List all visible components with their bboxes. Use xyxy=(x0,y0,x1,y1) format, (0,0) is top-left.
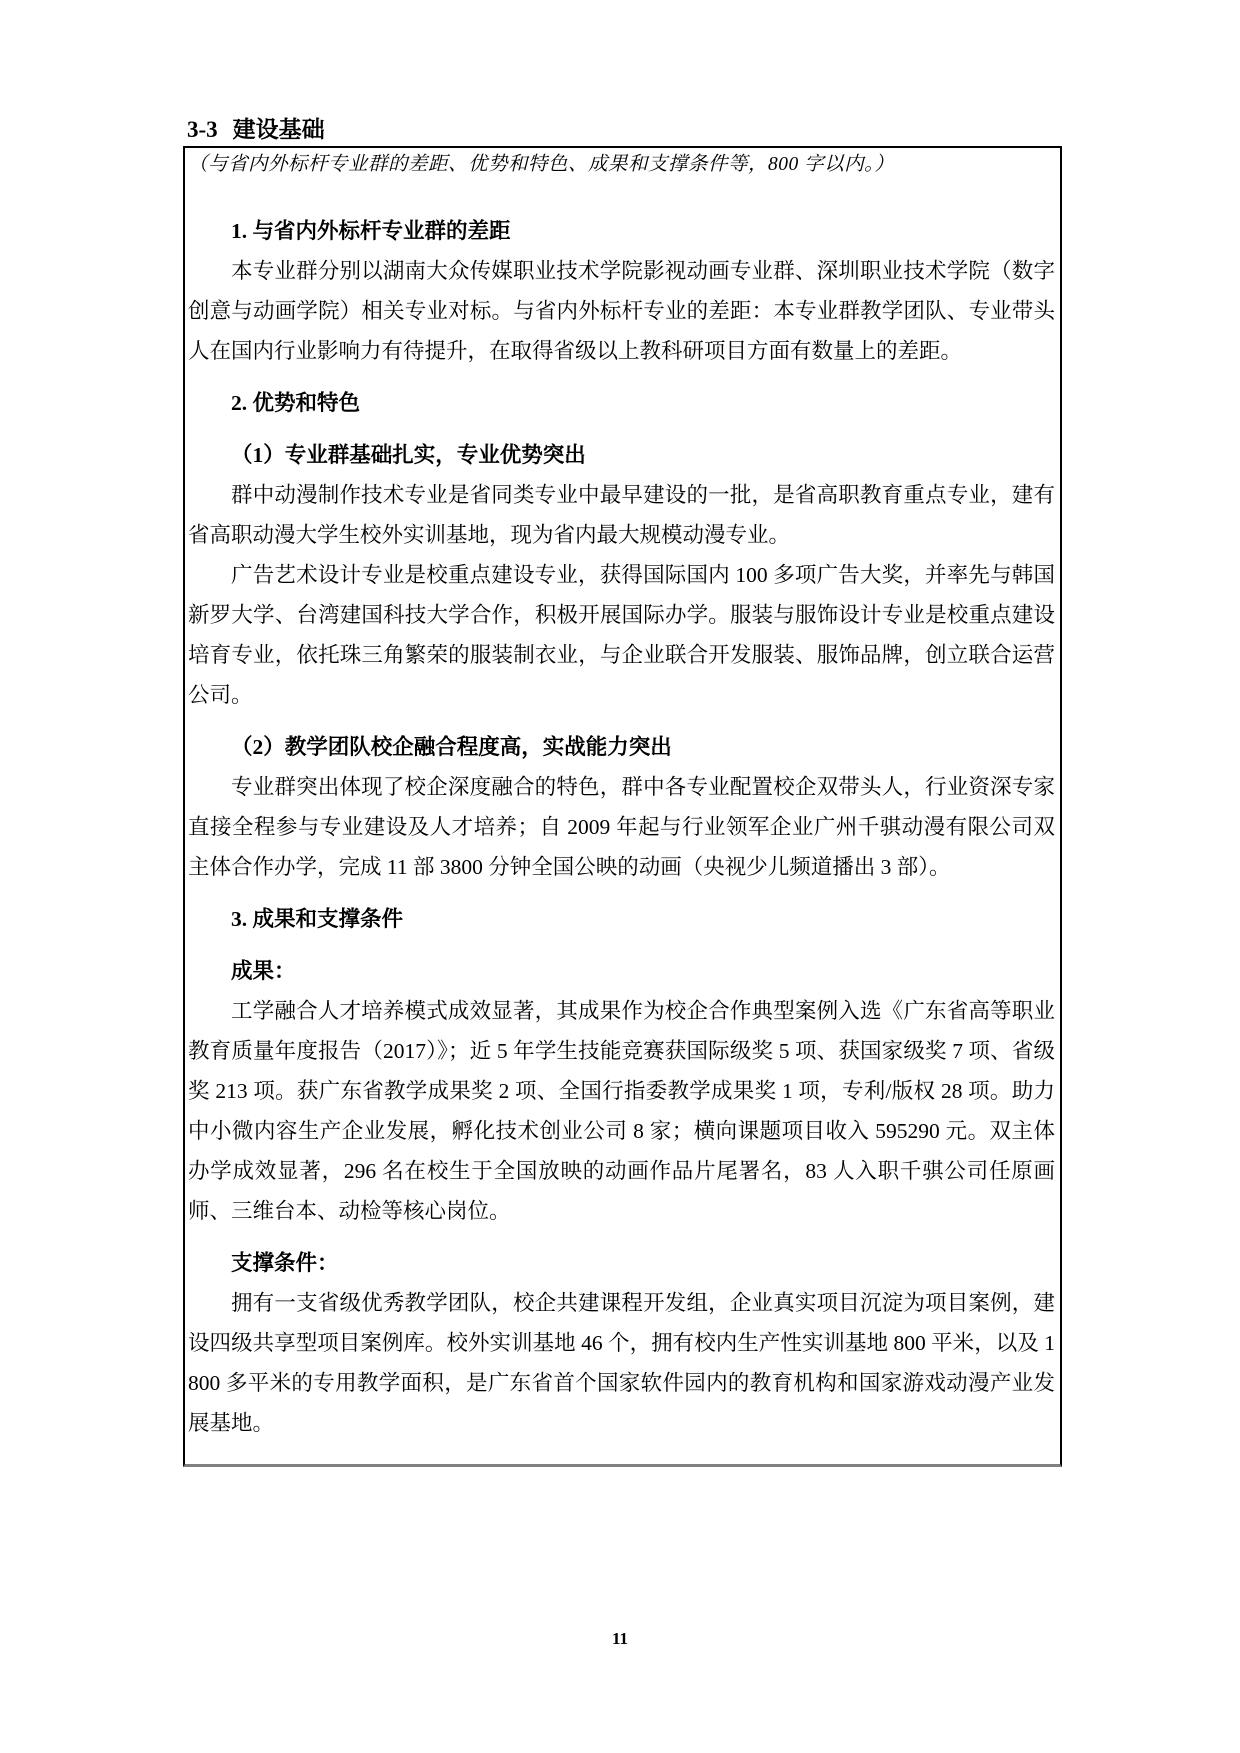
page-number: 11 xyxy=(0,1629,1240,1649)
content-block-para: 工学融合人才培养模式成效显著，其成果作为校企合作典型案例入选《广东省高等职业教育… xyxy=(188,991,1055,1231)
content-block-para: 群中动漫制作技术专业是省同类专业中最早建设的一批，是省高职教育重点专业，建有省高… xyxy=(188,475,1055,555)
content-block-label: 成果： xyxy=(188,951,1055,991)
section-number: 3-3 xyxy=(187,117,218,142)
content-block-heading: （2）教学团队校企融合程度高，实战能力突出 xyxy=(188,727,1055,767)
content-block-para: 专业群突出体现了校企深度融合的特色，群中各专业配置校企双带头人，行业资深专家直接… xyxy=(188,767,1055,887)
content-block-para: 广告艺术设计专业是校重点建设专业，获得国际国内 100 多项广告大奖，并率先与韩… xyxy=(188,555,1055,715)
section-title: 建设基础 xyxy=(233,117,325,142)
content-block-para: 本专业群分别以湖南大众传媒职业技术学院影视动画专业群、深圳职业技术学院（数字创意… xyxy=(188,251,1055,371)
content-block-label: 支撑条件： xyxy=(188,1243,1055,1283)
content-block-heading: （1）专业群基础扎实，专业优势突出 xyxy=(188,435,1055,475)
instruction-note: （与省内外标杆专业群的差距、优势和特色、成果和支撑条件等，800 字以内。） xyxy=(188,152,1055,178)
content-block-heading: 1. 与省内外标杆专业群的差距 xyxy=(188,211,1055,251)
content-block-heading: 2. 优势和特色 xyxy=(188,383,1055,423)
section-heading: 3-3建设基础 xyxy=(187,111,325,144)
content-block-heading: 3. 成果和支撑条件 xyxy=(188,899,1055,939)
content-block-para: 拥有一支省级优秀教学团队，校企共建课程开发组，企业真实项目沉淀为项目案例，建设四… xyxy=(188,1283,1055,1443)
content-blocks: 1. 与省内外标杆专业群的差距本专业群分别以湖南大众传媒职业技术学院影视动画专业… xyxy=(188,211,1055,1443)
content-box: （与省内外标杆专业群的差距、优势和特色、成果和支撑条件等，800 字以内。） 1… xyxy=(183,146,1062,1467)
